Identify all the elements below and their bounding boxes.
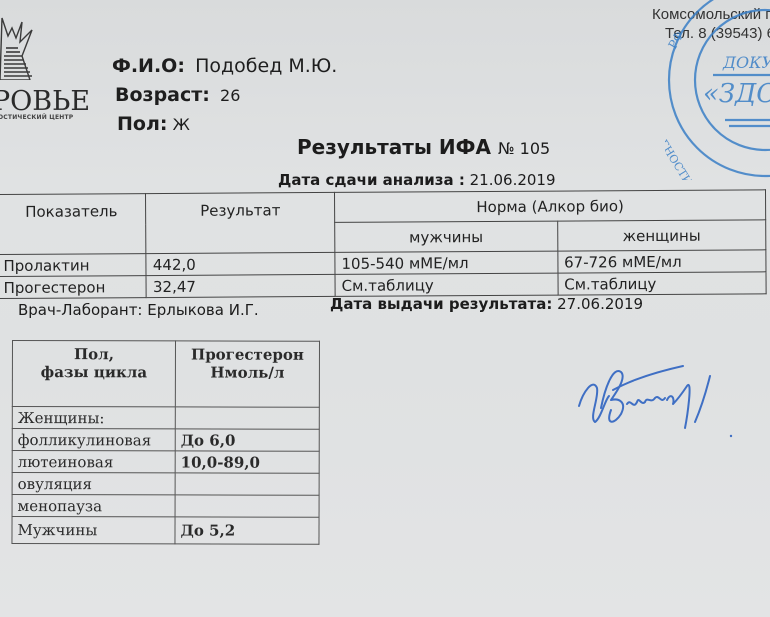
results-header-row: Показатель Результат Норма (Алкор био) <box>0 190 766 225</box>
sex-value: Ж <box>173 115 190 134</box>
header-indicator: Показатель <box>0 194 146 255</box>
ref-value: До 6,0 <box>175 429 319 451</box>
ref-header-prog-line1: Прогестерон <box>181 345 314 363</box>
progesterone-reference-table: Пол, фазы цикла Прогестерон Нмоль/л Женщ… <box>11 340 320 545</box>
submit-date: Дата сдачи анализа : 21.06.2019 <box>278 171 556 189</box>
ref-value: До 5,2 <box>175 517 319 544</box>
header-men: мужчины <box>335 221 558 252</box>
table-row: Женщины: <box>12 407 319 430</box>
ref-header-progesterone: Прогестерон Нмоль/л <box>175 341 319 407</box>
table-row: Мужчины До 5,2 <box>12 517 319 545</box>
issue-date: Дата выдачи результата: 27.06.2019 <box>330 295 643 313</box>
row-norm-men: См.таблицу <box>335 273 558 296</box>
leaf-logo-icon <box>0 8 36 80</box>
clinic-logo-subtitle: ОСТИЧЕСКИЙ ЦЕНТР <box>0 114 73 121</box>
issue-date-value: 27.06.2019 <box>557 295 643 313</box>
ref-header-phase-line1: Пол, <box>18 345 170 363</box>
fio-value: Подобед М.Ю. <box>195 55 337 77</box>
table-row: фолликулиновая До 6,0 <box>12 429 319 452</box>
row-result: 32,47 <box>146 274 335 297</box>
stamp-text-docum: ДОКУМ <box>722 53 770 72</box>
header-women: женщины <box>557 220 766 251</box>
ref-header-phase-line2: фазы цикла <box>18 363 170 381</box>
age-value: 26 <box>220 86 240 105</box>
ref-header-row: Пол, фазы цикла Прогестерон Нмоль/л <box>12 341 319 408</box>
table-row: менопауза <box>12 495 319 518</box>
lab-doctor: Врач-Лаборант: Ерлыкова И.Г. <box>18 301 259 319</box>
header-norm: Норма (Алкор био) <box>335 190 766 223</box>
ref-header-prog-line2: Нмоль/л <box>181 363 314 381</box>
row-indicator: Прогестерон <box>0 276 147 299</box>
ref-phase: Женщины: <box>12 407 175 429</box>
patient-fio: Ф.И.О: Подобед М.Ю. <box>112 55 337 77</box>
ref-value: 10,0-89,0 <box>175 451 319 473</box>
header-result: Результат <box>146 192 335 253</box>
row-indicator: Пролактин <box>0 254 146 277</box>
fio-label: Ф.И.О: <box>112 55 185 77</box>
report-number: № 105 <box>498 139 550 158</box>
row-norm-women: 67-726 мМЕ/мл <box>558 250 766 273</box>
table-row: овуляция <box>12 473 319 496</box>
ref-phase: фолликулиновая <box>12 429 175 451</box>
stamp-text-zdor: «ЗДОР <box>703 79 770 109</box>
patient-age: Возраст: 26 <box>115 84 240 106</box>
ref-phase: менопауза <box>12 495 175 517</box>
results-table: Показатель Результат Норма (Алкор био) м… <box>0 189 767 299</box>
signature-icon <box>575 348 735 438</box>
ref-value <box>175 473 319 495</box>
report-title-text: Результаты ИФА <box>297 135 491 159</box>
submit-date-value: 21.06.2019 <box>470 171 556 189</box>
row-result: 442,0 <box>146 252 335 275</box>
stamp-text-diag: ДИАГНОСТИЧЕСК <box>665 115 713 180</box>
ref-phase: лютеиновая <box>12 451 175 473</box>
clinic-logo-name: РОВЬЕ <box>0 86 90 117</box>
submit-date-label: Дата сдачи анализа : <box>278 171 465 189</box>
issue-date-label: Дата выдачи результата: <box>330 295 552 313</box>
ref-value <box>175 495 319 517</box>
table-row: лютеиновая 10,0-89,0 <box>12 451 319 474</box>
row-norm-women: См.таблицу <box>558 272 766 295</box>
ref-header-phase: Пол, фазы цикла <box>12 341 175 407</box>
ref-value <box>175 407 319 429</box>
ref-phase: овуляция <box>12 473 175 495</box>
row-norm-men: 105-540 мМЕ/мл <box>335 251 558 274</box>
patient-sex: Пол: Ж <box>117 113 190 135</box>
ref-phase: Мужчины <box>12 517 175 544</box>
report-title: Результаты ИФА № 105 <box>297 135 550 159</box>
stamp-text-rf: РФ <box>665 29 686 52</box>
round-stamp-icon: ДОКУМ «ЗДОР РФ ДИАГНОСТИЧЕСК ИРКУТСКАЯ О… <box>665 0 770 180</box>
sex-label: Пол: <box>117 113 167 135</box>
age-label: Возраст: <box>115 84 210 106</box>
